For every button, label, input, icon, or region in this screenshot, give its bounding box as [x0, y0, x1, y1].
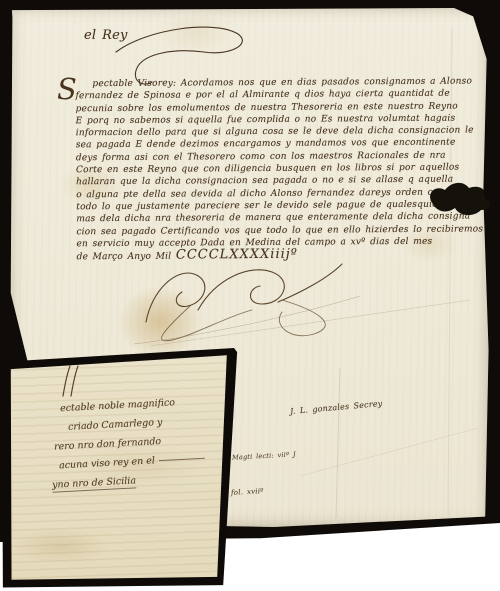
- manuscript-photo-stage: el Rey S pectable Visorey: Acordamos nos…: [0, 0, 500, 591]
- ink-blot: [423, 180, 495, 224]
- pen-rule-stroke: [159, 458, 205, 461]
- archival-mark-strokes: [56, 364, 80, 398]
- archival-note-folio: fol. xviiº: [231, 487, 264, 497]
- address-paper-sheet: ectable noble magnifico criado Camarlego…: [0, 346, 240, 590]
- royal-signature-rubric: [132, 252, 362, 347]
- address-block: ectable noble magnifico criado Camarlego…: [40, 392, 207, 495]
- address-line-text: acuna viso rey en el: [59, 455, 155, 471]
- letter-initial-capital: S: [57, 72, 77, 106]
- address-panel-photo: ectable noble magnifico criado Camarlego…: [0, 346, 240, 590]
- letter-body: pectable Visorey: Acordamos nos que en d…: [75, 76, 438, 264]
- address-line-text: yno nro de Sicilia: [52, 475, 137, 492]
